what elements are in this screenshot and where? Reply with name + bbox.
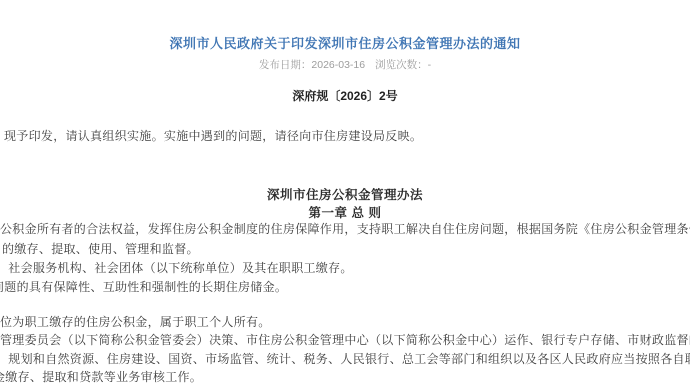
views-value: - [428, 59, 432, 71]
body-line-8: 金缴存、提取和贷款等业务审核工作。 [0, 369, 202, 386]
meta-line: 发布日期：2026-03-16浏览次数：- [0, 57, 690, 72]
regulation-title: 深圳市住房公积金管理办法 [0, 185, 690, 203]
document-number: 深府规〔2026〕2号 [0, 87, 690, 104]
body-line-7: 、规划和自然资源、住房建设、国资、市场监管、统计、税务、人民银行、总工会等部门和… [0, 351, 690, 368]
publish-date-value: 2026-03-16 [311, 59, 365, 71]
publish-date-label: 发布日期： [259, 59, 312, 71]
body-line-5: 位为职工缴存的住房公积金，属于职工个人所有。 [0, 314, 271, 331]
body-line-6: 管理委员会（以下简称公积金管委会）决策、市住房公积金管理中心（以下简称公积金中心… [0, 332, 690, 349]
document-page: 深圳市人民政府关于印发深圳市住房公积金管理办法的通知 发布日期：2026-03-… [0, 0, 690, 388]
body-line-3: 、社会服务机构、社会团体（以下统称单位）及其在职职工缴存。 [0, 260, 353, 277]
chapter-title: 第一章 总 则 [0, 203, 690, 221]
intro-line: 现予印发，请认真组织实施。实施中遇到的问题，请径向市住房建设局反映。 [4, 128, 422, 145]
body-line-2: 的缴存、提取、使用、管理和监督。 [2, 241, 199, 258]
body-line-1: 公积金所有者的合法权益，发挥住房公积金制度的住房保障作用，支持职工解决自住住房问… [0, 221, 690, 238]
body-line-4: 问题的具有保障性、互助性和强制性的长期住房储金。 [0, 279, 287, 296]
page-title: 深圳市人民政府关于印发深圳市住房公积金管理办法的通知 [0, 33, 690, 52]
views-label: 浏览次数： [375, 59, 428, 71]
